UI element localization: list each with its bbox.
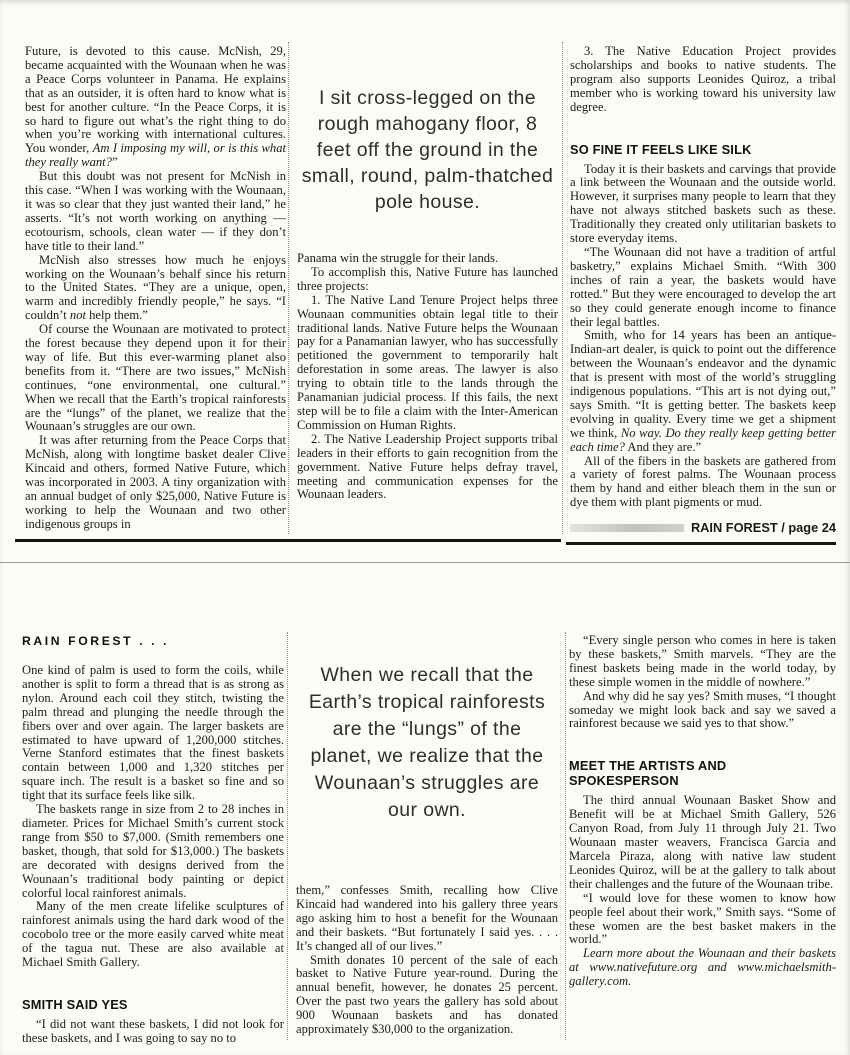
paragraph: Panama win the struggle for their lands. <box>297 252 558 266</box>
paragraph: The baskets range in size from 2 to 28 i… <box>22 803 284 900</box>
paragraph: Today it is their baskets and carvings t… <box>570 163 836 246</box>
paragraph: Smith, who for 14 years has been an anti… <box>570 329 836 454</box>
column-divider-dotted <box>287 632 288 1040</box>
paragraph: “Every single person who comes in here i… <box>569 634 836 690</box>
top-column-left: Future, is devoted to this cause. McNish… <box>25 45 286 532</box>
paragraph: 3. The Native Education Project provides… <box>570 45 836 115</box>
paragraph: 1. The Native Land Tenure Project helps … <box>297 294 558 433</box>
section-heading-so-fine: SO FINE IT FEELS LIKE SILK <box>570 142 836 157</box>
bottom-column-middle: When we recall that the Earth’s tropical… <box>296 632 558 1037</box>
jump-line: RAIN FOREST / page 24 <box>570 520 836 535</box>
paragraph: Future, is devoted to this cause. McNish… <box>25 45 286 170</box>
paragraph: One kind of palm is used to form the coi… <box>22 664 284 803</box>
section-rule-thick-right <box>566 542 836 545</box>
paragraph: Many of the men create lifelike sculptur… <box>22 900 284 970</box>
column-divider-dotted <box>565 632 566 1040</box>
paragraph: 2. The Native Leadership Project support… <box>297 433 558 503</box>
jumpline-gradient-bar <box>570 524 684 532</box>
bottom-column-left: RAIN FOREST . . . One kind of palm is us… <box>22 634 284 1046</box>
paragraph: To accomplish this, Native Future has la… <box>297 266 558 294</box>
continuation-heading-rain-forest: RAIN FOREST . . . <box>22 634 284 648</box>
section-heading-meet-the-artists: MEET THE ARTISTS AND SPOKESPERSON <box>569 758 836 788</box>
paragraph: But this doubt was not present for McNis… <box>25 170 286 253</box>
jumpline-text: RAIN FOREST / page 24 <box>691 520 836 535</box>
paragraph: It was after returning from the Peace Co… <box>25 434 286 531</box>
section-rule-thick-left <box>15 539 561 542</box>
paragraph: All of the fibers in the baskets are gat… <box>570 455 836 511</box>
paragraph: Of course the Wounaan are motivated to p… <box>25 323 286 434</box>
paragraph: “I would love for these women to know ho… <box>569 892 836 948</box>
column-divider-dotted <box>562 42 563 534</box>
magazine-page: Future, is devoted to this cause. McNish… <box>0 0 850 1055</box>
closing-note: Learn more about the Wounaan and their b… <box>569 947 836 989</box>
page-split-rule <box>0 562 850 563</box>
pull-quote: When we recall that the Earth’s tropical… <box>302 662 552 824</box>
paragraph: And why did he say yes? Smith muses, “I … <box>569 690 836 732</box>
pull-quote: I sit cross-legged on the rough mahogany… <box>299 85 556 215</box>
paragraph: “I did not want these baskets, I did not… <box>22 1018 284 1046</box>
column-divider-dotted <box>288 42 289 534</box>
paragraph: “The Wounaan did not have a tradition of… <box>570 246 836 329</box>
section-heading-smith-said-yes: SMITH SAID YES <box>22 997 284 1012</box>
paragraph: Smith donates 10 percent of the sale of … <box>296 954 558 1037</box>
paragraph: McNish also stresses how much he enjoys … <box>25 254 286 324</box>
top-column-right: 3. The Native Education Project provides… <box>570 45 836 535</box>
paragraph: them,” confesses Smith, recalling how Cl… <box>296 884 558 954</box>
bottom-column-right: “Every single person who comes in here i… <box>569 634 836 989</box>
top-column-middle: I sit cross-legged on the rough mahogany… <box>297 45 558 502</box>
paragraph: The third annual Wounaan Basket Show and… <box>569 794 836 891</box>
